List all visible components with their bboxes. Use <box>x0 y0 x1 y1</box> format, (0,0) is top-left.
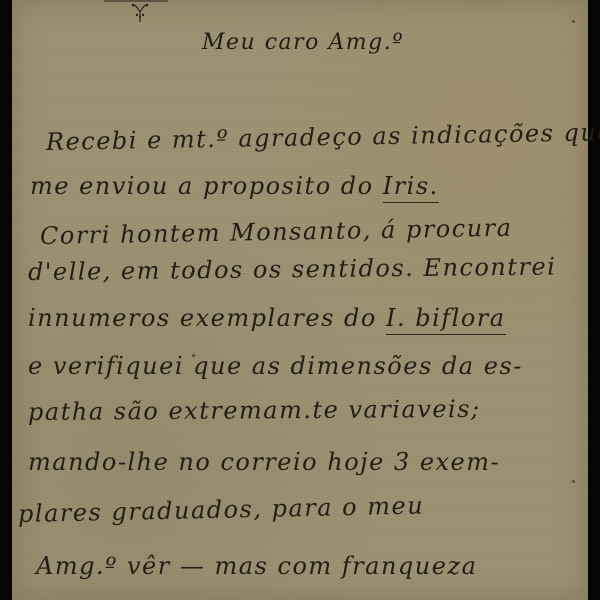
letter-line: patha são extremam.te variaveis; <box>28 395 481 426</box>
line-text: Corri hontem Monsanto, á procura <box>40 214 513 250</box>
paper-blemish <box>572 20 575 23</box>
letter-line: Amg.º vêr — mas com franqueza <box>36 552 477 580</box>
paper-blemish <box>192 354 195 357</box>
line-text: innumeros exemplares do <box>28 304 386 332</box>
line-text: plares graduados, para o meu <box>18 491 425 528</box>
letter-line: mando-lhe no correio hoje 3 exem- <box>28 448 500 476</box>
species-name-iris: Iris. <box>383 172 439 203</box>
letter-line: Recebi e mt.º agradeço as indicações que <box>46 118 600 156</box>
scan-frame: Meu caro Amg.º Recebi e mt.º agradeço as… <box>0 0 600 600</box>
letter-line: me enviou a proposito do Iris. <box>30 172 439 200</box>
line-text: d'elle, em todos os sentidos. Encontrei <box>28 252 557 286</box>
paper-blemish <box>190 272 193 275</box>
line-text: Amg.º vêr — mas com franqueza <box>36 552 477 580</box>
line-text: me enviou a proposito do <box>30 172 383 200</box>
paper-blemish <box>572 480 575 483</box>
fleuron-ornament-icon <box>130 1 150 23</box>
letter-line: e verifiquei que as dimensões da es- <box>28 352 523 380</box>
line-text: mando-lhe no correio hoje 3 exem- <box>28 448 500 476</box>
line-text: Recebi e mt.º agradeço as indicações que <box>46 118 600 156</box>
salutation: Meu caro Amg.º <box>202 30 404 55</box>
line-text: e verifiquei que as dimensões da es- <box>28 352 523 380</box>
letter-line: innumeros exemplares do I. biflora <box>28 304 506 332</box>
letter-page: Meu caro Amg.º Recebi e mt.º agradeço as… <box>12 0 588 600</box>
letter-line: Corri hontem Monsanto, á procura <box>40 214 513 250</box>
line-text: patha são extremam.te variaveis; <box>28 395 481 426</box>
species-name-iris-biflora: I. biflora <box>386 304 506 335</box>
letter-line: d'elle, em todos os sentidos. Encontrei <box>28 252 557 286</box>
letter-line: plares graduados, para o meu <box>18 491 425 528</box>
